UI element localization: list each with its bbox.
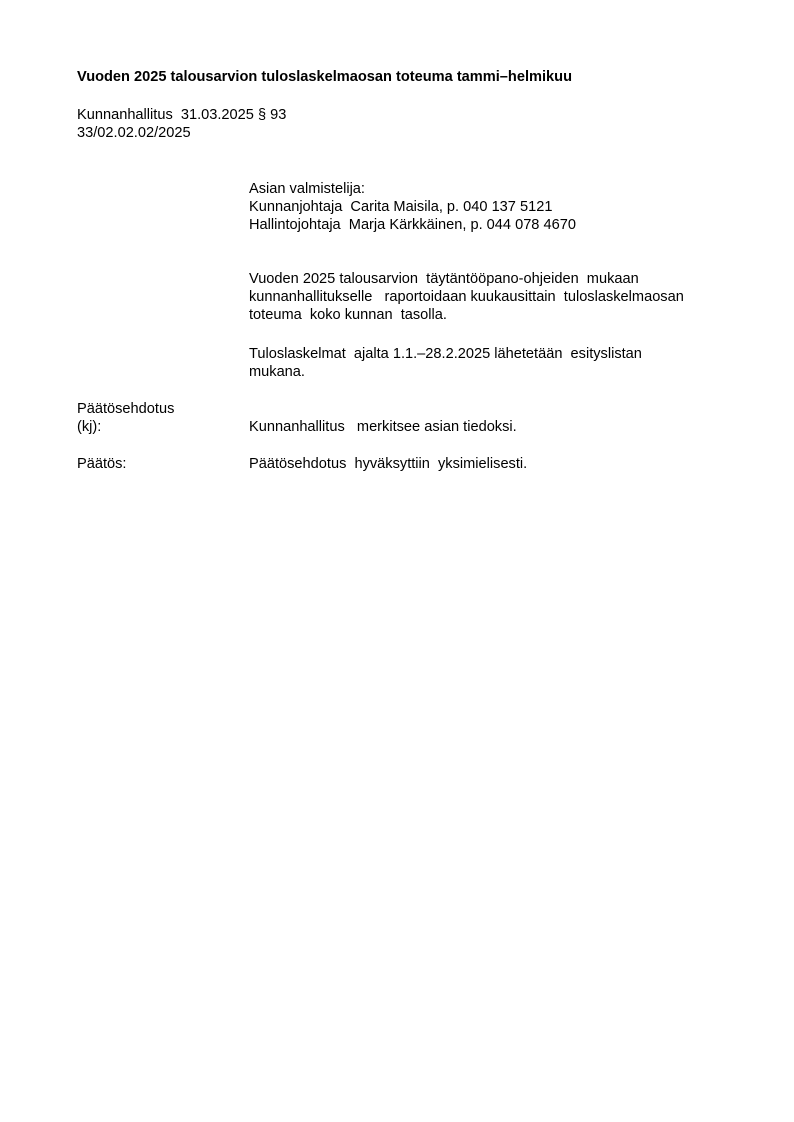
record-number: 33/02.02.02/2025: [77, 124, 191, 142]
paragraph-line: toteuma koko kunnan tasolla.: [249, 306, 684, 324]
paragraph-line: Vuoden 2025 talousarvion täytäntööpano-o…: [249, 270, 684, 288]
meeting-reference: Kunnanhallitus 31.03.2025 § 93: [77, 106, 286, 124]
preparer-label: Asian valmistelija:: [249, 180, 365, 198]
proposal-label-line: Päätösehdotus: [77, 400, 174, 418]
decision-text: Päätösehdotus hyväksyttiin yksimielisest…: [249, 455, 527, 473]
body-paragraph-1: Vuoden 2025 talousarvion täytäntööpano-o…: [249, 270, 684, 324]
proposal-label-line: (kj):: [77, 418, 174, 436]
decision-label: Päätös:: [77, 455, 127, 473]
document-title: Vuoden 2025 talousarvion tuloslaskelmaos…: [77, 68, 572, 86]
paragraph-line: Tuloslaskelmat ajalta 1.1.–28.2.2025 läh…: [249, 345, 642, 363]
proposal-text: Kunnanhallitus merkitsee asian tiedoksi.: [249, 418, 517, 436]
preparer-2: Hallintojohtaja Marja Kärkkäinen, p. 044…: [249, 216, 576, 234]
paragraph-line: kunnanhallitukselle raportoidaan kuukaus…: [249, 288, 684, 306]
proposal-label: Päätösehdotus (kj):: [77, 400, 174, 436]
body-paragraph-2: Tuloslaskelmat ajalta 1.1.–28.2.2025 läh…: [249, 345, 642, 381]
paragraph-line: mukana.: [249, 363, 642, 381]
preparer-1: Kunnanjohtaja Carita Maisila, p. 040 137…: [249, 198, 552, 216]
